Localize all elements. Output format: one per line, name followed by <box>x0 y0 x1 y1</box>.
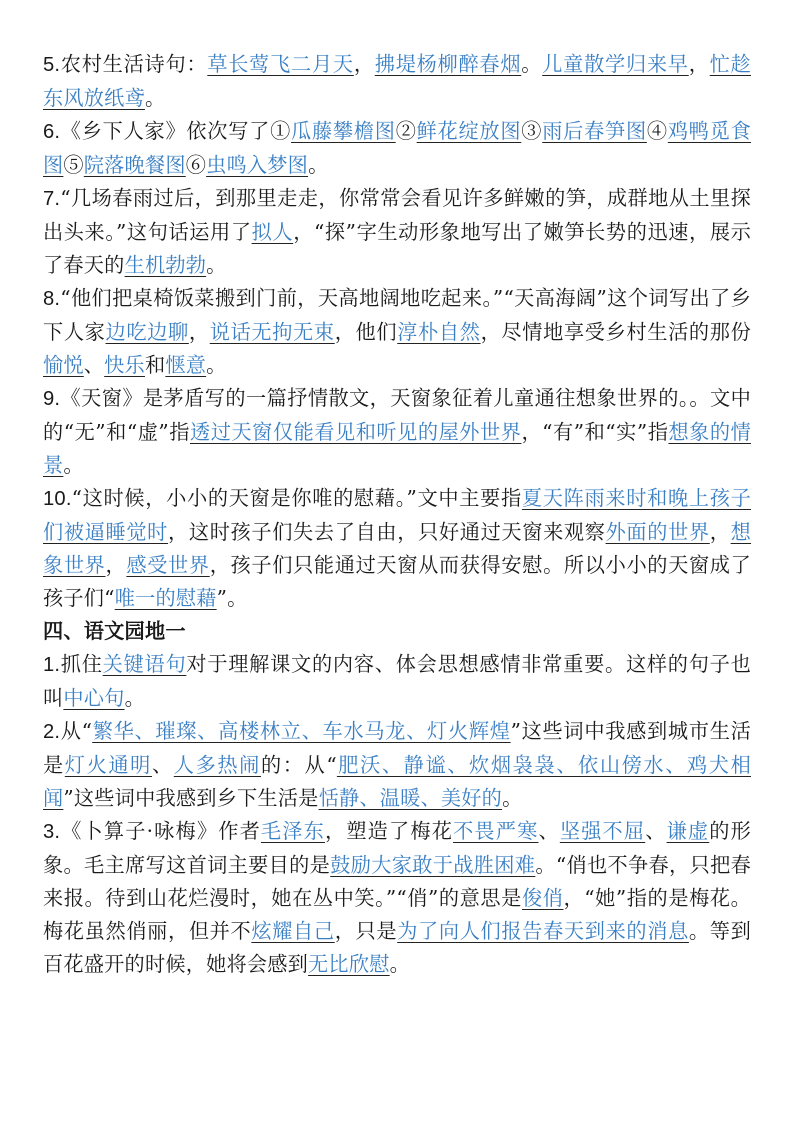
answer-text: 灯火通明 <box>65 753 152 777</box>
paragraph-p7: 7.“几场春雨过后，到那里走走，你常常会看见许多鲜嫩的笋，成群地从土里探出头来。… <box>43 182 751 282</box>
paragraph-q1: 1.抓住关键语句对于理解课文的内容、体会思想感情非常重要。这样的句子也叫中心句。 <box>43 648 751 715</box>
body-text: ”。 <box>217 586 248 610</box>
answer-text: 快乐 <box>104 353 145 377</box>
answer-text: 边吃边聊 <box>106 320 189 344</box>
body-text: ， <box>106 553 127 577</box>
body-text: 、 <box>538 819 559 843</box>
answer-text: 唯一的慰藉 <box>115 586 217 610</box>
item-number: 3. <box>43 821 60 843</box>
body-text: 。 <box>63 453 83 477</box>
body-text: 《乡下人家》依次写了① <box>60 119 291 143</box>
answer-text: 毛泽东 <box>261 819 325 843</box>
body-text: 和 <box>145 353 165 377</box>
answer-text: 愉悦 <box>43 353 84 377</box>
paragraph-q2: 2.从“繁华、璀璨、高楼林立、车水马龙、灯火辉煌”这些词中我感到城市生活是灯火通… <box>43 715 751 815</box>
answer-text: 不畏严寒 <box>453 819 538 843</box>
body-text: 从“ <box>60 719 92 743</box>
body-text: ，只是 <box>335 919 398 943</box>
paragraph-p6: 6.《乡下人家》依次写了①瓜藤攀檐图②鲜花绽放图③雨后春笋图④鸡鸭觅食图⑤院落晚… <box>43 115 751 182</box>
paragraph-p5: 5.农村生活诗句：草长莺飞二月天，拂堤杨柳醉春烟。儿童散学归来早，忙趁东风放纸鸢… <box>43 48 751 115</box>
answer-text: 中心句 <box>63 686 124 710</box>
body-text: 、 <box>152 753 174 777</box>
answer-text: 院落晚餐图 <box>84 153 186 177</box>
body-text: 。 <box>521 52 542 76</box>
answer-text: 淳朴自然 <box>397 320 480 344</box>
answer-text: 坚强不屈 <box>560 819 645 843</box>
item-number: 6. <box>43 121 60 143</box>
body-text: 。 <box>125 686 145 710</box>
answer-text: 虫鸣入梦图 <box>206 153 308 177</box>
body-text: ，“有”和“实”指 <box>521 420 668 444</box>
answer-text: 草长莺飞二月天 <box>207 52 354 76</box>
answer-text: 俊俏 <box>522 886 564 910</box>
body-text: ④ <box>647 119 668 143</box>
body-text: ， <box>189 320 210 344</box>
answer-text: 繁华、璀璨、高楼林立、车水马龙、灯火辉煌 <box>92 719 510 743</box>
item-number: 9. <box>43 388 60 410</box>
body-text: 抓住 <box>60 652 102 676</box>
body-text: 。 <box>502 786 522 810</box>
answer-text: 儿童散学归来早 <box>542 52 689 76</box>
body-text: 《卜算子·咏梅》作者 <box>60 819 261 843</box>
answer-text: 拂堤杨柳醉春烟 <box>375 52 522 76</box>
answer-text: 恬静、温暖、美好的 <box>319 786 503 810</box>
body-text: 。 <box>145 86 165 110</box>
body-text: ”这些词中我感到乡下生活是 <box>63 786 318 810</box>
body-text: 农村生活诗句： <box>60 52 207 76</box>
body-text: 。 <box>308 153 328 177</box>
body-text: 。 <box>390 952 410 976</box>
answer-text: 为了向人们报告春天到来的消息 <box>397 919 689 943</box>
body-text: ③ <box>521 119 542 143</box>
answer-text: 生机勃勃 <box>125 253 207 277</box>
body-text: ，他们 <box>335 320 398 344</box>
answer-text: 无比欣慰 <box>308 952 390 976</box>
answer-text: 感受世界 <box>126 553 209 577</box>
answer-text: 拟人 <box>252 220 294 244</box>
body-text: 、 <box>84 353 104 377</box>
body-text: 的：从“ <box>261 753 337 777</box>
item-number: 10. <box>43 488 72 510</box>
answer-text: 透过天窗仅能看见和听见的屋外世界 <box>190 420 521 444</box>
body-text: ， <box>354 52 375 76</box>
answer-text: 鼓励大家敢于战胜困难 <box>330 853 535 877</box>
answer-text: 人多热闹 <box>174 753 261 777</box>
answer-text: 关键语句 <box>103 652 187 676</box>
paragraph-p9: 9.《天窗》是茅盾写的一篇抒情散文，天窗象征着儿童通往想象世界的。。文中的“无”… <box>43 382 751 482</box>
section-heading: 四、语文园地一 <box>43 615 751 648</box>
item-number: 7. <box>43 188 60 210</box>
body-text: “这时候，小小的天窗是你唯的慰藉。”文中主要指 <box>72 486 522 510</box>
body-text: ⑥ <box>186 153 206 177</box>
body-text: ，尽情地享受乡村生活的那份 <box>481 320 751 344</box>
body-text: 。 <box>206 353 226 377</box>
body-text: 四、语文园地一 <box>43 619 186 643</box>
body-text: ， <box>689 52 710 76</box>
body-text: 、 <box>645 819 666 843</box>
answer-text: 外面的世界 <box>606 520 710 544</box>
paragraph-p8: 8.“他们把桌椅饭菜搬到门前，天高地阔地吃起来。”“天高海阔”这个词写出了乡下人… <box>43 282 751 382</box>
answer-text: 雨后春笋图 <box>542 119 647 143</box>
answer-text: 炫耀自己 <box>251 919 334 943</box>
item-number: 2. <box>43 721 60 743</box>
body-text: ⑤ <box>63 153 83 177</box>
body-text: ② <box>396 119 417 143</box>
body-text: ，塑造了梅花 <box>325 819 453 843</box>
answer-text: 惬意 <box>165 353 206 377</box>
paragraph-q3: 3.《卜算子·咏梅》作者毛泽东，塑造了梅花不畏严寒、坚强不屈、谦虚的形象。毛主席… <box>43 815 751 981</box>
answer-text: 说话无拘无束 <box>210 320 335 344</box>
item-number: 8. <box>43 288 60 310</box>
item-number: 5. <box>43 54 60 76</box>
item-number: 1. <box>43 654 60 676</box>
document-page: 5.农村生活诗句：草长莺飞二月天，拂堤杨柳醉春烟。儿童散学归来早，忙趁东风放纸鸢… <box>43 48 751 981</box>
paragraph-p10: 10.“这时候，小小的天窗是你唯的慰藉。”文中主要指夏天阵雨来时和晚上孩子们被逼… <box>43 482 751 615</box>
body-text: ， <box>710 520 731 544</box>
answer-text: 谦虚 <box>667 819 710 843</box>
body-text: ，这时孩子们失去了自由，只好通过天窗来观察 <box>168 520 606 544</box>
body-text: 。 <box>206 253 226 277</box>
answer-text: 瓜藤攀檐图 <box>291 119 396 143</box>
answer-text: 鲜花绽放图 <box>417 119 522 143</box>
